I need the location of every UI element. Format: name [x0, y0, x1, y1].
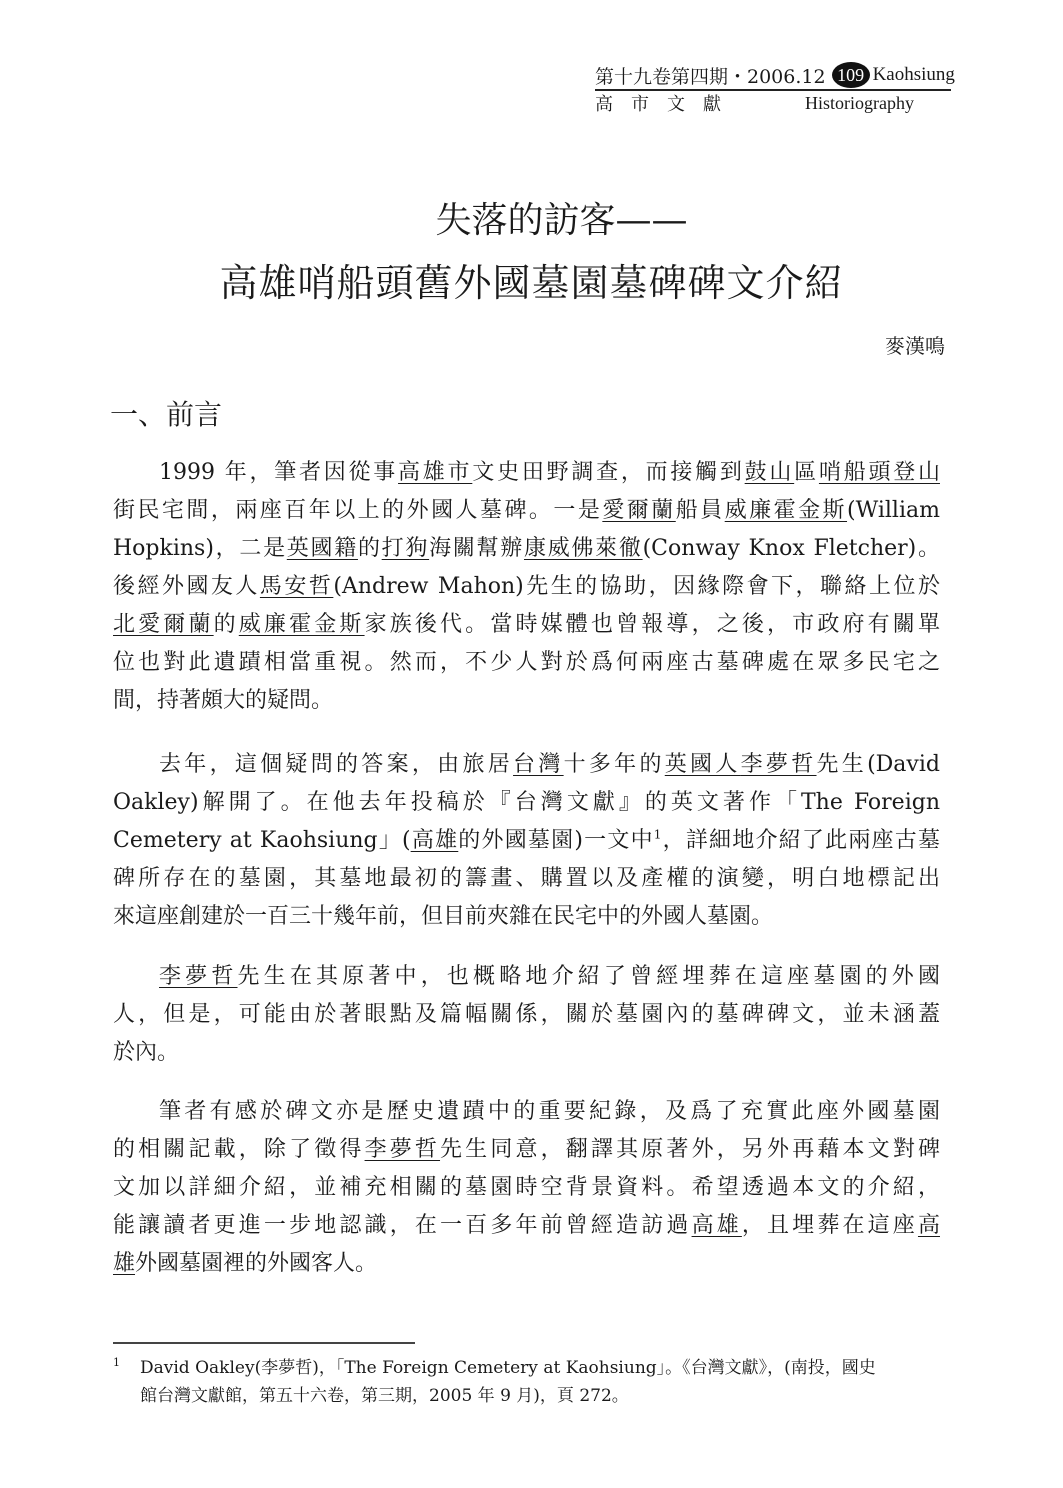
footnote: 1David Oakley(李夢哲)，「The Foreign Cemetery… — [113, 1354, 943, 1410]
text-line: 間，持著頗大的疑問。 — [113, 682, 940, 720]
text-run: 的 — [358, 536, 382, 561]
article-title-line-1: 失落的訪客—— — [0, 192, 1063, 243]
footnote-line-2: 館台灣文獻館，第五十六卷，第三期，2005 年 9 月)，頁 272。 — [113, 1382, 943, 1410]
text-line: 後經外國友人馬安哲(Andrew Mahon)先生的協助，因緣際會下，聯絡上位於 — [113, 568, 940, 606]
text-run: Hopkins)，二是 — [113, 536, 287, 561]
title-text-1: 失落的訪客—— — [435, 200, 687, 241]
proper-noun-underlined: 高 — [918, 1213, 940, 1238]
text-run: 家族後代。當時媒體也曾報導，之後，市政府有關單 — [365, 612, 940, 637]
text-run: Oakley)解開了。在他去年投稿於『台灣文獻』的英文著作「The Foreig… — [113, 790, 940, 815]
proper-noun-underlined: 高雄市 — [398, 460, 472, 485]
text-run: 文史田野調查，而接觸到 — [472, 460, 744, 485]
text-run: 1999 年，筆者因從事 — [159, 460, 398, 485]
text-run: 先生同意，翻譯其原著外，另外再藉本文對碑 — [440, 1137, 940, 1162]
text-run: 於內。 — [113, 1040, 179, 1065]
page-number-badge: 109 — [832, 62, 870, 88]
text-run: (William — [847, 498, 940, 523]
text-run: 先生在其原著中，也概略地介紹了曾經埋葬在這座墓園的外國 — [238, 964, 940, 989]
section-heading: 一、前言 — [110, 393, 222, 433]
proper-noun-underlined: 威廉霍金斯 — [725, 498, 847, 523]
footnote-text-1: David Oakley(李夢哲)，「The Foreign Cemetery … — [140, 1358, 876, 1378]
text-run: 十多年的 — [564, 752, 665, 777]
text-line: 1999 年，筆者因從事高雄市文史田野調查，而接觸到鼓山區哨船頭登山 — [113, 454, 940, 492]
proper-noun-underlined: 高雄 — [692, 1213, 742, 1238]
text-run: 後經外國友人 — [113, 574, 260, 599]
text-line: 人，但是，可能由於著眼點及篇幅關係，關於墓園內的墓碑碑文，並未涵蓋 — [113, 996, 940, 1034]
proper-noun-underlined: 李夢哲 — [741, 752, 817, 777]
proper-noun-underlined: 雄 — [113, 1251, 135, 1276]
text-run: 人，但是，可能由於著眼點及篇幅關係，關於墓園內的墓碑碑文，並未涵蓋 — [113, 1002, 940, 1027]
proper-noun-underlined: 哨船頭登山 — [819, 460, 940, 485]
proper-noun-underlined: 愛爾蘭 — [602, 498, 675, 523]
text-line: 碑所存在的墓園，其墓地最初的籌畫、購置以及產權的演變，明白地標記出 — [113, 860, 940, 898]
text-run: (Andrew Mahon)先生的協助，因緣際會下，聯絡上位於 — [333, 574, 940, 599]
text-run: 碑所存在的墓園，其墓地最初的籌畫、購置以及產權的演變，明白地標記出 — [113, 866, 940, 891]
text-line: 的相關記載，除了徵得李夢哲先生同意，翻譯其原著外，另外再藉本文對碑 — [113, 1131, 940, 1169]
proper-noun-underlined: 威廉霍金斯 — [239, 612, 365, 637]
text-line: 文加以詳細介紹，並補充相關的墓園時空背景資料。希望透過本文的介紹， — [113, 1169, 940, 1207]
journal-name-zh: 高市文獻 — [595, 90, 805, 116]
text-line: 筆者有感於碑文亦是歷史遺蹟中的重要紀錄，及爲了充實此座外國墓園 — [113, 1093, 940, 1131]
text-line: Hopkins)，二是英國籍的打狗海關幫辦康威佛萊徹(Conway Knox F… — [113, 530, 940, 568]
footnote-rule — [113, 1342, 415, 1344]
text-line: 去年，這個疑問的答案，由旅居台灣十多年的英國人李夢哲先生(David — [113, 746, 940, 784]
text-line: 北愛爾蘭的威廉霍金斯家族後代。當時媒體也曾報導，之後，市政府有關單 — [113, 606, 940, 644]
text-line: 能讓讀者更進一步地認識，在一百多年前曾經造訪過高雄，且埋葬在這座高 — [113, 1207, 940, 1245]
proper-noun-underlined: 打狗 — [382, 536, 429, 561]
text-run: 文加以詳細介紹，並補充相關的墓園時空背景資料。希望透過本文的介紹， — [113, 1175, 940, 1200]
proper-noun-underlined: 英國籍 — [287, 536, 358, 561]
author-name: 麥漢鳴 — [885, 330, 945, 359]
proper-noun-underlined: 北愛爾蘭 — [113, 612, 214, 637]
proper-noun-underlined: 鼓山 — [745, 460, 795, 485]
text-line: 位也對此遺蹟相當重視。然而，不少人對於爲何兩座古墓碑處在眾多民宅之 — [113, 644, 940, 682]
header-row-1: 第十九卷第四期・2006.12 109 Kaohsiung — [595, 62, 955, 88]
journal-name-en-1: Kaohsiung — [873, 64, 955, 86]
proper-noun-underlined: 李夢哲 — [365, 1137, 440, 1162]
footnote-line-1: 1David Oakley(李夢哲)，「The Foreign Cemetery… — [113, 1354, 943, 1382]
text-run: ，且埋葬在這座 — [742, 1213, 918, 1238]
text-run: 區 — [794, 460, 819, 485]
text-line: 於內。 — [113, 1034, 940, 1072]
proper-noun-underlined: 高雄 — [411, 828, 459, 853]
paragraph-3: 李夢哲先生在其原著中，也概略地介紹了曾經埋葬在這座墓園的外國人，但是，可能由於著… — [113, 958, 940, 1072]
text-line: 街民宅間，兩座百年以上的外國人墓碑。一是愛爾蘭船員威廉霍金斯(William — [113, 492, 940, 530]
text-line: 李夢哲先生在其原著中，也概略地介紹了曾經埋葬在這座墓園的外國 — [113, 958, 940, 996]
paragraph-1: 1999 年，筆者因從事高雄市文史田野調查，而接觸到鼓山區哨船頭登山街民宅間，兩… — [113, 454, 940, 720]
text-run: 位也對此遺蹟相當重視。然而，不少人對於爲何兩座古墓碑處在眾多民宅之 — [113, 650, 940, 675]
text-run: 筆者有感於碑文亦是歷史遺蹟中的重要紀錄，及爲了充實此座外國墓園 — [159, 1099, 940, 1124]
text-line: 來這座創建於一百三十幾年前，但目前夾雜在民宅中的外國人墓園。 — [113, 898, 940, 936]
proper-noun-underlined: 康威佛萊徹 — [524, 536, 643, 561]
text-run: Cemetery at Kaohsiung」( — [113, 828, 411, 853]
text-run: 來這座創建於一百三十幾年前，但目前夾雜在民宅中的外國人墓園。 — [113, 904, 773, 929]
text-run: 船員 — [676, 498, 725, 523]
proper-noun-underlined: 英國人 — [665, 752, 741, 777]
text-run: 的外國墓園)一文中 — [458, 828, 654, 853]
footnote-mark: 1 — [113, 1354, 140, 1372]
text-line: Cemetery at Kaohsiung」(高雄的外國墓園)一文中1，詳細地介… — [113, 822, 940, 860]
text-line: Oakley)解開了。在他去年投稿於『台灣文獻』的英文著作「The Foreig… — [113, 784, 940, 822]
running-header: 第十九卷第四期・2006.12 109 Kaohsiung 高市文獻 Histo… — [595, 62, 955, 115]
proper-noun-underlined: 台灣 — [513, 752, 564, 777]
paragraph-4: 筆者有感於碑文亦是歷史遺蹟中的重要紀錄，及爲了充實此座外國墓園的相關記載，除了徵… — [113, 1093, 940, 1283]
text-run: (Conway Knox Fletcher)。 — [643, 536, 940, 561]
text-run: 的相關記載，除了徵得 — [113, 1137, 365, 1162]
journal-name-en-2: Historiography — [805, 93, 914, 114]
text-run: 能讓讀者更進一步地認識，在一百多年前曾經造訪過 — [113, 1213, 692, 1238]
text-run: 先生(David — [817, 752, 940, 777]
proper-noun-underlined: 李夢哲 — [159, 964, 238, 989]
text-run: 外國墓園裡的外國客人。 — [135, 1251, 377, 1276]
text-run: 的 — [214, 612, 239, 637]
header-row-2: 高市文獻 Historiography — [595, 91, 955, 115]
text-run: 去年，這個疑問的答案，由旅居 — [159, 752, 513, 777]
text-run: 間，持著頗大的疑問。 — [113, 688, 333, 713]
text-run: ，詳細地介紹了此兩座古墓 — [661, 828, 940, 853]
proper-noun-underlined: 馬安哲 — [260, 574, 333, 599]
text-line: 雄外國墓園裡的外國客人。 — [113, 1245, 940, 1283]
article-title-line-2: 高雄哨船頭舊外國墓園墓碑碑文介紹 — [0, 252, 1063, 307]
paragraph-2: 去年，這個疑問的答案，由旅居台灣十多年的英國人李夢哲先生(DavidOakley… — [113, 746, 940, 936]
text-run: 海關幫辦 — [429, 536, 524, 561]
text-run: 街民宅間，兩座百年以上的外國人墓碑。一是 — [113, 498, 602, 523]
volume-issue: 第十九卷第四期・2006.12 — [595, 62, 826, 89]
